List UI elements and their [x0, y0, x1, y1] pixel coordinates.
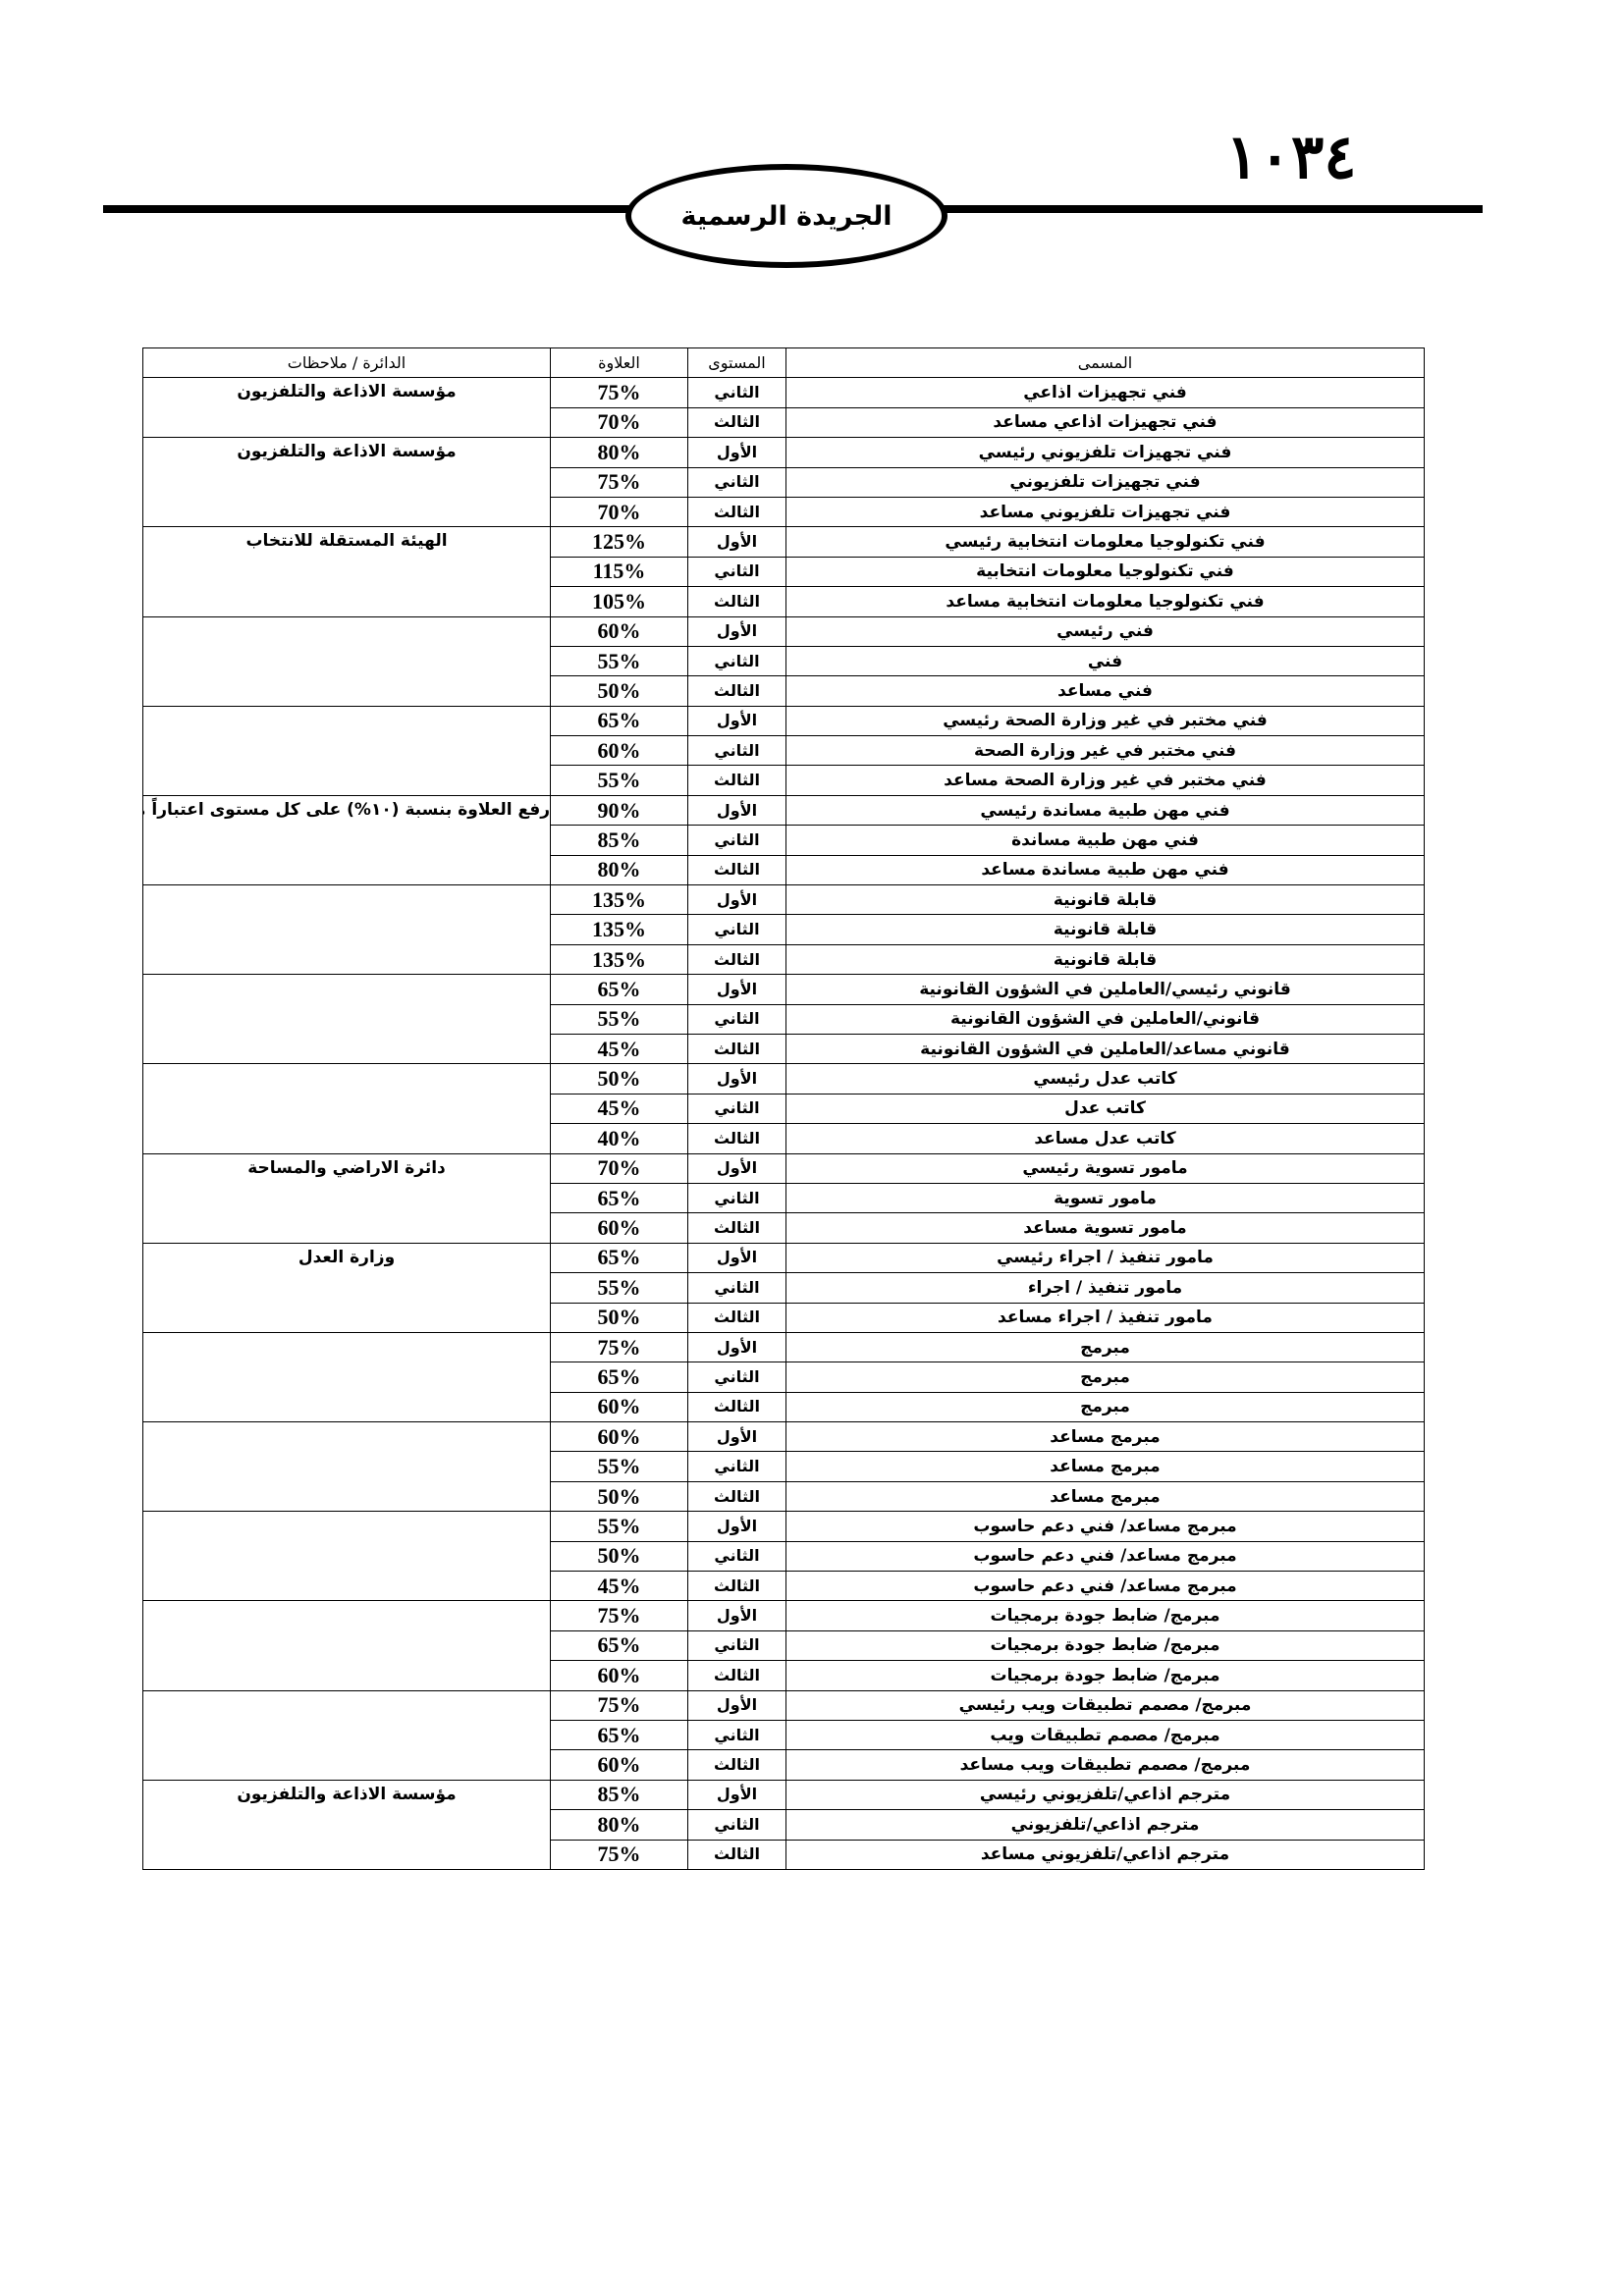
table-row: فني مختبر في غير وزارة الصحة رئيسيالأول6… — [143, 706, 1425, 735]
table-row: مترجم اذاعي/تلفزيوني رئيسيالأول85%مؤسسة … — [143, 1780, 1425, 1809]
job-title-cell: مامور تنفيذ / اجراء رئيسي — [786, 1243, 1425, 1272]
level-cell: الثالث — [688, 1124, 786, 1153]
table-row: مامور تسوية رئيسيالأول70%دائرة الاراضي و… — [143, 1153, 1425, 1183]
table-row: فني تجهيزات تلفزيوني رئيسيالأول80%مؤسسة … — [143, 438, 1425, 467]
level-cell: الأول — [688, 1780, 786, 1809]
job-title-cell: فني تكنولوجيا معلومات انتخابية رئيسي — [786, 527, 1425, 557]
allowances-table: المسمى المستوى العلاوة الدائرة / ملاحظات… — [142, 347, 1425, 1870]
allowance-cell: 55% — [551, 1452, 688, 1481]
job-title-cell: مامور تنفيذ / اجراء — [786, 1273, 1425, 1303]
level-cell: الثالث — [688, 676, 786, 706]
department-notes-cell — [143, 1064, 551, 1153]
job-title-cell: كاتب عدل مساعد — [786, 1124, 1425, 1153]
allowance-cell: 65% — [551, 1630, 688, 1660]
table-header-row: المسمى المستوى العلاوة الدائرة / ملاحظات — [143, 348, 1425, 378]
allowance-cell: 80% — [551, 1810, 688, 1840]
level-cell: الثالث — [688, 497, 786, 526]
department-notes-cell — [143, 975, 551, 1064]
allowance-cell: 60% — [551, 1213, 688, 1243]
allowance-cell: 55% — [551, 1273, 688, 1303]
job-title-cell: فني تجهيزات تلفزيوني — [786, 467, 1425, 497]
job-title-cell: مامور تسوية مساعد — [786, 1213, 1425, 1243]
level-cell: الأول — [688, 1153, 786, 1183]
table-body: فني تجهيزات اذاعيالثاني75%مؤسسة الاذاعة … — [143, 378, 1425, 1870]
table-row: مبرمجالأول75% — [143, 1332, 1425, 1362]
job-title-cell: مبرمج مساعد/ فني دعم حاسوب — [786, 1572, 1425, 1601]
table-row: مامور تنفيذ / اجراء رئيسيالأول65%وزارة ا… — [143, 1243, 1425, 1272]
level-cell: الثالث — [688, 1034, 786, 1063]
level-cell: الثالث — [688, 944, 786, 974]
allowance-cell: 65% — [551, 1183, 688, 1212]
job-title-cell: قابلة قانونية — [786, 944, 1425, 974]
job-title-cell: فني تجهيزات تلفزيوني رئيسي — [786, 438, 1425, 467]
job-title-cell: قانوني/العاملين في الشؤون القانونية — [786, 1004, 1425, 1034]
gazette-title: الجريدة الرسمية — [681, 201, 893, 232]
department-notes-cell: رفع العلاوة بنسبة (١٠%) على كل مستوى اعت… — [143, 795, 551, 884]
job-title-cell: فني مهن طبية مساندة — [786, 826, 1425, 855]
job-title-cell: فني تجهيزات اذاعي — [786, 378, 1425, 407]
allowance-cell: 70% — [551, 1153, 688, 1183]
column-header-allowance: العلاوة — [551, 348, 688, 378]
job-title-cell: مامور تنفيذ / اجراء مساعد — [786, 1303, 1425, 1332]
allowance-cell: 85% — [551, 826, 688, 855]
allowance-cell: 55% — [551, 1512, 688, 1541]
level-cell: الثاني — [688, 646, 786, 675]
allowance-cell: 45% — [551, 1094, 688, 1123]
department-notes-cell — [143, 885, 551, 975]
table-row: قابلة قانونيةالأول135% — [143, 885, 1425, 915]
level-cell: الثاني — [688, 1720, 786, 1749]
job-title-cell: مترجم اذاعي/تلفزيوني — [786, 1810, 1425, 1840]
level-cell: الثاني — [688, 1183, 786, 1212]
allowance-cell: 70% — [551, 407, 688, 437]
allowance-cell: 70% — [551, 497, 688, 526]
job-title-cell: فني تجهيزات تلفزيوني مساعد — [786, 497, 1425, 526]
level-cell: الثاني — [688, 467, 786, 497]
allowance-cell: 135% — [551, 915, 688, 944]
allowance-cell: 125% — [551, 527, 688, 557]
job-title-cell: مبرمج مساعد — [786, 1452, 1425, 1481]
job-title-cell: قابلة قانونية — [786, 885, 1425, 915]
job-title-cell: مبرمج — [786, 1362, 1425, 1392]
level-cell: الأول — [688, 975, 786, 1004]
table-row: فني مهن طبية مساندة رئيسيالأول90%رفع الع… — [143, 795, 1425, 825]
job-title-cell: فني مختبر في غير وزارة الصحة — [786, 736, 1425, 766]
level-cell: الثالث — [688, 407, 786, 437]
level-cell: الثالث — [688, 1303, 786, 1332]
job-title-cell: قانوني مساعد/العاملين في الشؤون القانوني… — [786, 1034, 1425, 1063]
allowance-cell: 60% — [551, 1750, 688, 1780]
job-title-cell: قانوني رئيسي/العاملين في الشؤون القانوني… — [786, 975, 1425, 1004]
department-notes-cell — [143, 1690, 551, 1780]
level-cell: الثالث — [688, 1840, 786, 1869]
department-notes-cell — [143, 706, 551, 795]
level-cell: الثاني — [688, 915, 786, 944]
allowance-cell: 75% — [551, 1840, 688, 1869]
allowance-cell: 65% — [551, 975, 688, 1004]
job-title-cell: فني رئيسي — [786, 616, 1425, 646]
allowance-cell: 115% — [551, 557, 688, 586]
job-title-cell: مبرمج/ مصمم تطبيقات ويب رئيسي — [786, 1690, 1425, 1720]
department-notes-cell: مؤسسة الاذاعة والتلفزيون — [143, 1780, 551, 1869]
allowance-cell: 90% — [551, 795, 688, 825]
allowance-cell: 60% — [551, 1661, 688, 1690]
level-cell: الأول — [688, 1690, 786, 1720]
level-cell: الأول — [688, 706, 786, 735]
table-row: فني تجهيزات اذاعيالثاني75%مؤسسة الاذاعة … — [143, 378, 1425, 407]
level-cell: الأول — [688, 1422, 786, 1452]
department-notes-cell: الهيئة المستقلة للانتخاب — [143, 527, 551, 616]
job-title-cell: مترجم اذاعي/تلفزيوني رئيسي — [786, 1780, 1425, 1809]
level-cell: الثاني — [688, 1004, 786, 1034]
allowance-cell: 50% — [551, 1481, 688, 1511]
allowance-cell: 55% — [551, 1004, 688, 1034]
table-row: قانوني رئيسي/العاملين في الشؤون القانوني… — [143, 975, 1425, 1004]
allowance-cell: 60% — [551, 736, 688, 766]
job-title-cell: فني مساعد — [786, 676, 1425, 706]
allowance-cell: 135% — [551, 944, 688, 974]
header-rule-left — [103, 205, 633, 213]
column-header-notes: الدائرة / ملاحظات — [143, 348, 551, 378]
allowance-cell: 50% — [551, 1303, 688, 1332]
table-row: مبرمج/ مصمم تطبيقات ويب رئيسيالأول75% — [143, 1690, 1425, 1720]
page-number: ١٠٣٤ — [1222, 126, 1360, 188]
job-title-cell: مبرمج مساعد — [786, 1422, 1425, 1452]
level-cell: الأول — [688, 527, 786, 557]
department-notes-cell — [143, 1422, 551, 1512]
department-notes-cell — [143, 1332, 551, 1421]
level-cell: الثالث — [688, 1661, 786, 1690]
job-title-cell: فني مختبر في غير وزارة الصحة مساعد — [786, 766, 1425, 795]
job-title-cell: فني مهن طبية مساندة رئيسي — [786, 795, 1425, 825]
table-row: مبرمج/ ضابط جودة برمجياتالأول75% — [143, 1601, 1425, 1630]
level-cell: الثاني — [688, 1452, 786, 1481]
allowance-cell: 105% — [551, 587, 688, 616]
allowance-cell: 60% — [551, 1392, 688, 1421]
level-cell: الأول — [688, 1243, 786, 1272]
job-title-cell: فني تجهيزات اذاعي مساعد — [786, 407, 1425, 437]
level-cell: الثاني — [688, 557, 786, 586]
allowance-cell: 65% — [551, 706, 688, 735]
allowance-cell: 45% — [551, 1572, 688, 1601]
allowance-cell: 65% — [551, 1362, 688, 1392]
level-cell: الأول — [688, 1512, 786, 1541]
level-cell: الأول — [688, 795, 786, 825]
level-cell: الثاني — [688, 736, 786, 766]
allowance-cell: 65% — [551, 1243, 688, 1272]
job-title-cell: مترجم اذاعي/تلفزيوني مساعد — [786, 1840, 1425, 1869]
level-cell: الأول — [688, 1601, 786, 1630]
allowance-cell: 60% — [551, 616, 688, 646]
allowance-cell: 45% — [551, 1034, 688, 1063]
level-cell: الثالث — [688, 1481, 786, 1511]
job-title-cell: فني تكنولوجيا معلومات انتخابية — [786, 557, 1425, 586]
level-cell: الأول — [688, 616, 786, 646]
job-title-cell: فني مختبر في غير وزارة الصحة رئيسي — [786, 706, 1425, 735]
allowance-cell: 75% — [551, 378, 688, 407]
level-cell: الثاني — [688, 1630, 786, 1660]
level-cell: الثالث — [688, 1750, 786, 1780]
allowance-cell: 80% — [551, 438, 688, 467]
level-cell: الثالث — [688, 1392, 786, 1421]
allowance-cell: 65% — [551, 1720, 688, 1749]
department-notes-cell: دائرة الاراضي والمساحة — [143, 1153, 551, 1243]
gazette-title-oval: الجريدة الرسمية — [625, 164, 947, 268]
level-cell: الثاني — [688, 1362, 786, 1392]
column-header-level: المستوى — [688, 348, 786, 378]
column-header-title: المسمى — [786, 348, 1425, 378]
level-cell: الأول — [688, 885, 786, 915]
job-title-cell: مبرمج مساعد/ فني دعم حاسوب — [786, 1512, 1425, 1541]
level-cell: الأول — [688, 1064, 786, 1094]
job-title-cell: مبرمج — [786, 1332, 1425, 1362]
job-title-cell: كاتب عدل — [786, 1094, 1425, 1123]
department-notes-cell — [143, 616, 551, 706]
level-cell: الثاني — [688, 1541, 786, 1571]
allowance-cell: 50% — [551, 676, 688, 706]
job-title-cell: مبرمج/ ضابط جودة برمجيات — [786, 1630, 1425, 1660]
allowance-cell: 50% — [551, 1541, 688, 1571]
table-row: كاتب عدل رئيسيالأول50% — [143, 1064, 1425, 1094]
allowance-cell: 135% — [551, 885, 688, 915]
job-title-cell: مبرمج مساعد/ فني دعم حاسوب — [786, 1541, 1425, 1571]
job-title-cell: فني — [786, 646, 1425, 675]
level-cell: الثاني — [688, 378, 786, 407]
department-notes-cell — [143, 1601, 551, 1690]
job-title-cell: مامور تسوية — [786, 1183, 1425, 1212]
allowance-cell: 60% — [551, 1422, 688, 1452]
table-row: مبرمج مساعدالأول60% — [143, 1422, 1425, 1452]
department-notes-cell: وزارة العدل — [143, 1243, 551, 1332]
allowance-cell: 80% — [551, 855, 688, 884]
level-cell: الثالث — [688, 1572, 786, 1601]
job-title-cell: مبرمج/ ضابط جودة برمجيات — [786, 1661, 1425, 1690]
job-title-cell: مامور تسوية رئيسي — [786, 1153, 1425, 1183]
allowance-cell: 75% — [551, 1332, 688, 1362]
level-cell: الثالث — [688, 855, 786, 884]
allowance-cell: 55% — [551, 766, 688, 795]
job-title-cell: فني تكنولوجيا معلومات انتخابية مساعد — [786, 587, 1425, 616]
job-title-cell: مبرمج/ ضابط جودة برمجيات — [786, 1601, 1425, 1630]
header-rule-right — [928, 205, 1483, 213]
allowance-cell: 75% — [551, 467, 688, 497]
level-cell: الثاني — [688, 1094, 786, 1123]
table-row: مبرمج مساعد/ فني دعم حاسوبالأول55% — [143, 1512, 1425, 1541]
allowance-cell: 75% — [551, 1690, 688, 1720]
job-title-cell: مبرمج/ مصمم تطبيقات ويب — [786, 1720, 1425, 1749]
job-title-cell: مبرمج/ مصمم تطبيقات ويب مساعد — [786, 1750, 1425, 1780]
level-cell: الثاني — [688, 1273, 786, 1303]
level-cell: الثاني — [688, 1810, 786, 1840]
job-title-cell: قابلة قانونية — [786, 915, 1425, 944]
table-row: فني رئيسيالأول60% — [143, 616, 1425, 646]
level-cell: الأول — [688, 1332, 786, 1362]
department-notes-cell: مؤسسة الاذاعة والتلفزيون — [143, 438, 551, 527]
level-cell: الثاني — [688, 826, 786, 855]
job-title-cell: كاتب عدل رئيسي — [786, 1064, 1425, 1094]
allowance-cell: 40% — [551, 1124, 688, 1153]
job-title-cell: مبرمج — [786, 1392, 1425, 1421]
level-cell: الأول — [688, 438, 786, 467]
level-cell: الثالث — [688, 1213, 786, 1243]
department-notes-cell — [143, 1512, 551, 1601]
level-cell: الثالث — [688, 766, 786, 795]
level-cell: الثالث — [688, 587, 786, 616]
table-row: فني تكنولوجيا معلومات انتخابية رئيسيالأو… — [143, 527, 1425, 557]
allowance-cell: 85% — [551, 1780, 688, 1809]
allowance-cell: 75% — [551, 1601, 688, 1630]
allowance-cell: 55% — [551, 646, 688, 675]
department-notes-cell: مؤسسة الاذاعة والتلفزيون — [143, 378, 551, 438]
job-title-cell: مبرمج مساعد — [786, 1481, 1425, 1511]
allowance-cell: 50% — [551, 1064, 688, 1094]
job-title-cell: فني مهن طبية مساندة مساعد — [786, 855, 1425, 884]
